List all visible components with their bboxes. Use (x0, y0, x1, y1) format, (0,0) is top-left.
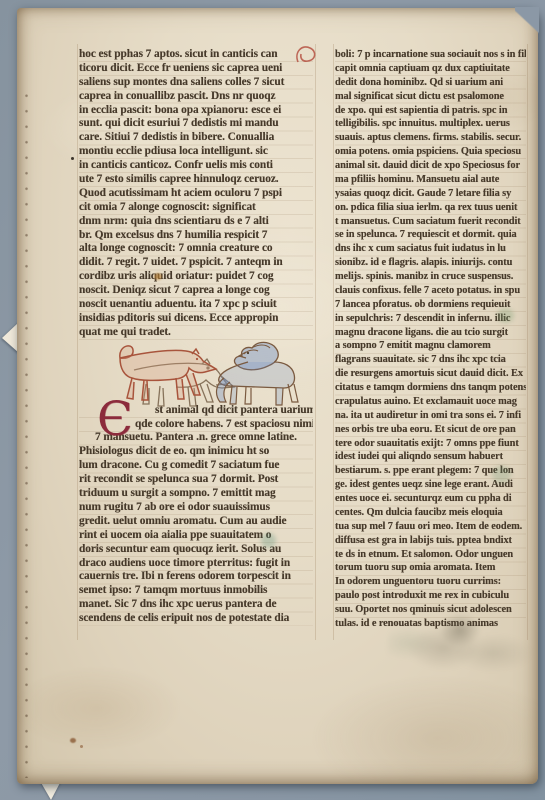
manuscript-text-line: didit. 7 regit. 7 uidet. 7 pspicit. 7 an… (79, 256, 313, 270)
manuscript-text-line: saliens sup montes dna saliens colles 7 … (79, 76, 313, 90)
manuscript-text-line: in sepulchris: 7 descendit in infernu. i… (335, 312, 526, 326)
manuscript-text-line: animal sit. dauid dicit de xpo Speciosus… (335, 159, 526, 173)
manuscript-text-line: t mansuetus. Cum saciatum fuerit recondi… (335, 215, 526, 229)
manuscript-text-line: cit omia 7 alonge cognoscit: significat (79, 201, 313, 215)
manuscript-text-line: care. Sitiui 7 dedistis in bibere. Conua… (79, 131, 313, 145)
manuscript-text-line: die resurgens amortuis sicut dauid dicit… (335, 367, 526, 381)
manuscript-text-line: omia potens. omia pspiciens. Quia specio… (335, 145, 526, 159)
manuscript-text-line: magnu dracone ligans. die au tcio surgit (335, 326, 526, 340)
folded-corner (515, 7, 539, 39)
manuscript-text-line: in canticis canticoz. Confr uelis mis co… (79, 159, 313, 173)
manuscript-text-line: dns ihc x cum saciatus fuit iudatus in l… (335, 242, 526, 256)
manuscript-text-line: suu. Oportet nos qminuis sicut adolescen (335, 603, 526, 617)
manuscript-text-line: insidias pditoris sui dicens. Ecce appro… (79, 312, 313, 326)
manuscript-text-line: ma pfiliis hominu. Mansuetu aial aute (335, 173, 526, 187)
manuscript-text-line: draco audiens uoce timore pterritus: fug… (79, 557, 313, 571)
manuscript-text-line: na. ita ut audiretur in omi tra sons ei.… (335, 409, 526, 423)
manuscript-text-line: suauis. aptus clemens. firms. stabilis. … (335, 131, 526, 145)
manuscript-text-line: entes uoce ei. secunturqz eum cu ppha di (335, 492, 526, 506)
manuscript-text-line: torum tuoru sup omia aromata. Item (335, 561, 526, 575)
manuscript-text-line: boli: 7 p incarnatione sua sociauit nos … (335, 48, 526, 62)
manuscript-text-line: paulo post introduxit me rex in cubiculu (335, 589, 526, 603)
manuscript-text-line: diffusa est gra in labijs tuis. pptea bn… (335, 534, 526, 548)
manuscript-text-line: se in spelunca. 7 requiescit et dormit. … (335, 228, 526, 242)
manuscript-text-line: cauernis tre. Ibi n ferens odorem torpes… (79, 570, 313, 584)
manuscript-text-line: tulas. id e renouatas baptismo animas (335, 617, 526, 631)
manuscript-text-line: bestiarum. s. ppe erant plegem: 7 que lo… (335, 464, 526, 478)
pricking-holes (24, 88, 29, 778)
manuscript-text-line: manet. Sic 7 dns ihc xpc uerus pantera d… (79, 598, 313, 612)
manuscript-text-line: num rugitu 7 ab ore ei odor suauissimus (79, 501, 313, 515)
chapter-caprea-text: hoc est pphas 7 aptos. sicut in canticis… (79, 48, 313, 340)
manuscript-text-line: gredit. uelut omniu aromatu. Cum au audi… (79, 515, 313, 529)
manuscript-text-line: ticoru dicit. Ecce fr ueniens sic caprea… (79, 62, 313, 76)
manuscript-text-line: ysaias quoqz dicit. Gaude 7 letare filia… (335, 187, 526, 201)
manuscript-text-line: noscit. Deniqz sicut 7 caprea a longe co… (79, 284, 313, 298)
manuscript-text-line: sunt. qui dicit esuriui 7 dedistis mi ma… (79, 117, 313, 131)
manuscript-text-line: citatus e tamqm dormiens dns tanqm poten… (335, 381, 526, 395)
manuscript-text-line: in ecclia pascit: bona opa xpianoru: esc… (79, 104, 313, 118)
manuscript-text-line: Phisiologus dicit de eo. qm inimicu ht s… (79, 445, 313, 459)
manuscript-text-line: idest iudei qui aliqndo sensum habuert (335, 450, 526, 464)
manuscript-text-line: alta longe cognoscit: 7 omnia creature c… (79, 242, 313, 256)
chapter-panthera-text: Є st animal qd dicit pantera uariumqde c… (79, 404, 313, 626)
lion-illustration (217, 342, 298, 405)
manuscript-text-line: ute 7 esto similis capree hinnuloqz ceru… (79, 173, 313, 187)
manuscript-text-line: flagrans suauitate. sic 7 dns ihc xpc tc… (335, 353, 526, 367)
manuscript-text-line: rit recondit se spelunca sua 7 dormit. P… (79, 473, 313, 487)
ruling-line-vertical (77, 44, 78, 640)
manuscript-text-line: caprea in conuallibz pascit. Dns nr quoq… (79, 90, 313, 104)
manuscript-text-line: clauis confixus. felle 7 aceto potatus. … (335, 284, 526, 298)
manuscript-text-line: melijs. spinis. manibz in cruce suspensu… (335, 270, 526, 284)
manuscript-text-line: te ds in etnum. Et salomon. Odor unguen (335, 548, 526, 562)
manuscript-text-line: lum dracone. Cu g comedit 7 saciatum fue (79, 459, 313, 473)
manuscript-text-line: scendens de celis eripuit nos de potesta… (79, 612, 313, 626)
red-paraph-mark (294, 42, 320, 76)
manuscript-text-line: Quod acutissimam ht aciem oculoru 7 pspi (79, 187, 313, 201)
manuscript-text-line: semet ipso: 7 tamqm mortuus inmobilis (79, 584, 313, 598)
manuscript-text-line: nes orbis tre uba eoru. Et sicut de ore … (335, 423, 526, 437)
manuscript-text-line: capit omnia captiuam qz dux captiuitate (335, 62, 526, 76)
panther-illustration (120, 346, 216, 400)
manuscript-text-line: sionibz. id e flagris. alapis. iniurijs.… (335, 256, 526, 270)
manuscript-text-line: noscit uenantiu aduentu. ita 7 xpc p sci… (79, 298, 313, 312)
text-column-right: boli: 7 p incarnatione sua sociauit nos … (335, 48, 526, 631)
manuscript-text-line: dedit dona hominibz. Qd si uarium ani (335, 76, 526, 90)
manuscript-text-line: tua sup mel 7 fauu ori meo. Item de eode… (335, 520, 526, 534)
manuscript-text-line: montiu ecclie pdiusa loca intelligunt. s… (79, 145, 313, 159)
manuscript-text-line: cordibz uris aliquid oriatur: puidet 7 c… (79, 270, 313, 284)
manuscript-text-line: hoc est pphas 7 aptos. sicut in canticis… (79, 48, 313, 62)
manuscript-text-line: 7 lancea pforatus. ob dormiens requieuit (335, 298, 526, 312)
manuscript-text-line: ge. idest gentes ueqz sine lege erant. A… (335, 478, 526, 492)
manuscript-text-line: crapulatus auino. Et exclamauit uoce mag (335, 395, 526, 409)
manuscript-text-line: rint ei uocem oia aialia ppe suauitatem … (79, 529, 313, 543)
manuscript-text-line: mal significat sicut dictu est psalomone (335, 90, 526, 104)
manuscript-text-line: on. pdica filia siua ierlm. qa rex tuus … (335, 201, 526, 215)
manuscript-text-line: a sompno 7 emitit magnu clamorem (335, 339, 526, 353)
panther-and-lion-illustration (88, 332, 320, 412)
ruling-line-vertical (333, 44, 334, 640)
manuscript-text-line: de xpo. qui est sapientia di patris. spc… (335, 104, 526, 118)
manuscript-text-line: triduum u surgit a sompno. 7 emittit mag (79, 487, 313, 501)
manuscript-text-line: br. Qm excelsus dns 7 humilia respicit 7 (79, 229, 313, 243)
manuscript-text-line: In odorem unguentoru tuoru currims: (335, 575, 526, 589)
manuscript-text-line: centes. Qm dulcia faucibz meis eloquia (335, 506, 526, 520)
manuscript-text-line: doris secuntur eam quocuqz ierit. Solus … (79, 543, 313, 557)
manuscript-text-line: telligibilis. spc innuitus. multiplex. u… (335, 117, 526, 131)
manuscript-text-line: dnm nrm: quia dns scientiaru ds e 7 alti (79, 215, 313, 229)
manuscript-photo: hoc est pphas 7 aptos. sicut in canticis… (0, 0, 545, 800)
ruling-line-vertical (527, 44, 528, 640)
manuscript-text-line: tere odor suauitatis exijt: 7 omns ppe f… (335, 437, 526, 451)
